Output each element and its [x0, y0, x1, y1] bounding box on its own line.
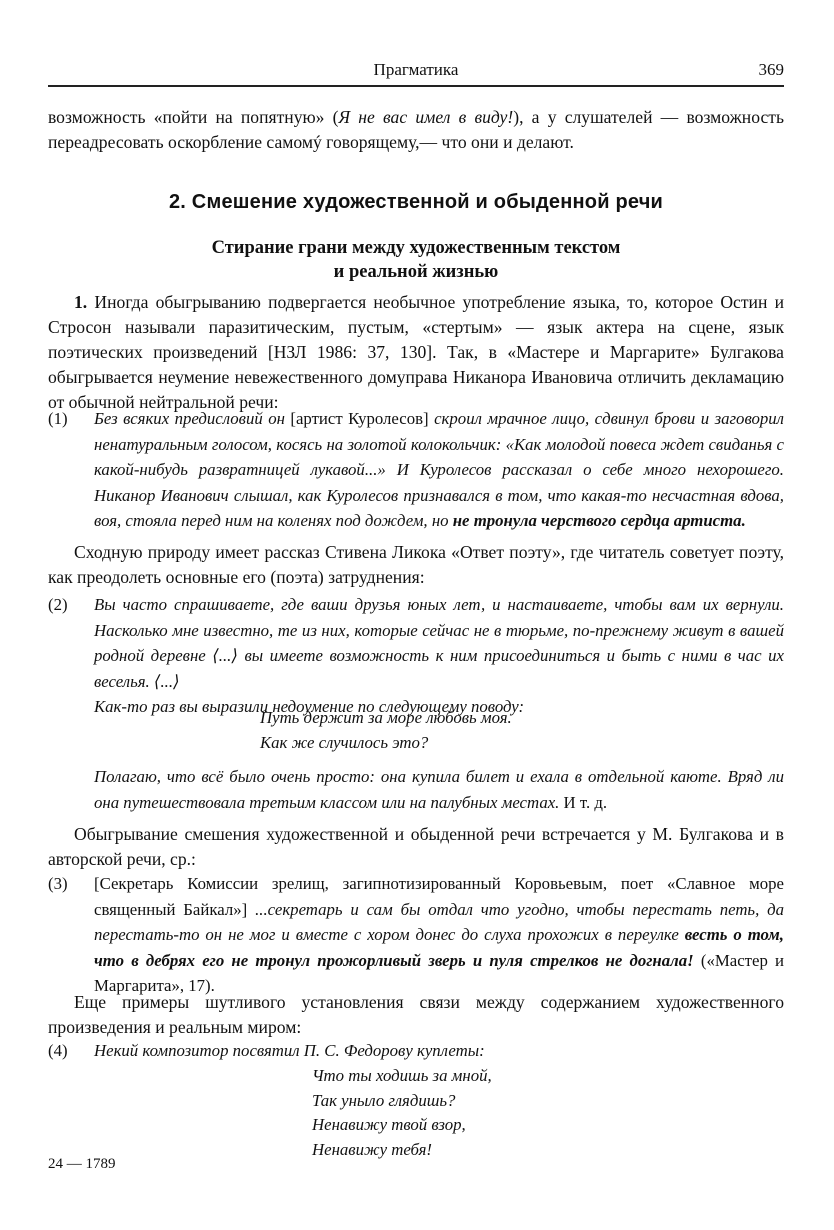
- example-2-continuation: Полагаю, что всё было очень просто: она …: [48, 764, 784, 815]
- example-3: (3) [Секретарь Комиссии зрелищ, загипнот…: [48, 871, 784, 999]
- paragraph-3-text: Обыгрывание смешения художественной и об…: [48, 822, 784, 872]
- example-label: (1): [48, 406, 68, 432]
- example-label: (3): [48, 871, 68, 897]
- verse-line: Как же случилось это?: [260, 731, 512, 756]
- verse-line: Ненавижу твой взор,: [312, 1113, 492, 1138]
- subsection-title: Стирание грани между художественным текс…: [48, 236, 784, 284]
- paragraph-3: Обыгрывание смешения художественной и об…: [48, 822, 784, 872]
- example-label: (4): [48, 1038, 68, 1064]
- paragraph-1-text: Иногда обыгрыванию подвергается необычно…: [48, 292, 784, 412]
- example-1-gloss: [артист Куролесов]: [285, 409, 434, 428]
- verse-line: Путь держит за море любовь моя.: [260, 706, 512, 731]
- subsection-title-line2: и реальной жизнью: [48, 260, 784, 284]
- example-2-etc: И т. д.: [559, 793, 607, 812]
- running-title: Прагматика: [48, 60, 784, 80]
- intro-paragraph: возможность «пойти на попятную» (Я не ва…: [48, 105, 784, 155]
- paragraph-1: 1. Иногда обыгрыванию подвергается необы…: [48, 290, 784, 415]
- example-4-text: Некий композитор посвятил П. С. Федорову…: [94, 1041, 485, 1060]
- paragraph-number: 1.: [74, 292, 87, 312]
- example-1: (1) Без всяких предисловий он [артист Ку…: [48, 406, 784, 534]
- running-head: Прагматика 369: [48, 58, 784, 84]
- intro-text: возможность «пойти на попятную» (: [48, 107, 339, 127]
- verse-line: Ненавижу тебя!: [312, 1138, 492, 1163]
- paragraph-4: Еще примеры шутливого установления связи…: [48, 990, 784, 1040]
- example-2: (2) Вы часто спрашиваете, где ваши друзь…: [48, 592, 784, 720]
- verse-line: Так уныло глядишь?: [312, 1089, 492, 1114]
- section-title: 2. Смешение художественной и обыденной р…: [48, 190, 784, 215]
- example-1-body: Без всяких предисловий он [артист Куроле…: [94, 406, 784, 534]
- intro-italic-quote: Я не вас имел в виду!: [339, 107, 514, 127]
- paragraph-2-text: Сходную природу имеет рассказ Стивена Ли…: [48, 540, 784, 590]
- example-1-italic-a: Без всяких предисловий он: [94, 409, 285, 428]
- example-2-text-1: Вы часто спрашиваете, где ваши друзья юн…: [94, 595, 784, 691]
- verse-block-1: Путь держит за море любовь моя. Как же с…: [260, 706, 512, 755]
- example-4-body: Некий композитор посвятил П. С. Федорову…: [94, 1038, 784, 1064]
- example-2-continuation-body: Полагаю, что всё было очень просто: она …: [94, 764, 784, 815]
- verse-line: Что ты ходишь за мной,: [312, 1064, 492, 1089]
- example-label: (2): [48, 592, 68, 618]
- example-4: (4) Некий композитор посвятил П. С. Федо…: [48, 1038, 784, 1064]
- page-number: 369: [759, 60, 785, 80]
- subsection-title-line1: Стирание грани между художественным текс…: [48, 236, 784, 260]
- printer-signature: 24 — 1789: [48, 1156, 116, 1173]
- verse-block-2: Что ты ходишь за мной, Так уныло глядишь…: [312, 1064, 492, 1162]
- example-2-text-3: Полагаю, что всё было очень просто: она …: [94, 767, 784, 812]
- header-rule: [48, 85, 784, 87]
- paragraph-2: Сходную природу имеет рассказ Стивена Ли…: [48, 540, 784, 590]
- example-3-body: [Секретарь Комиссии зрелищ, загипнотизир…: [94, 871, 784, 999]
- example-2-body: Вы часто спрашиваете, где ваши друзья юн…: [94, 592, 784, 720]
- example-1-bold-emphasis: не тронула черствого сердца артиста.: [453, 511, 746, 530]
- paragraph-4-text: Еще примеры шутливого установления связи…: [48, 990, 784, 1040]
